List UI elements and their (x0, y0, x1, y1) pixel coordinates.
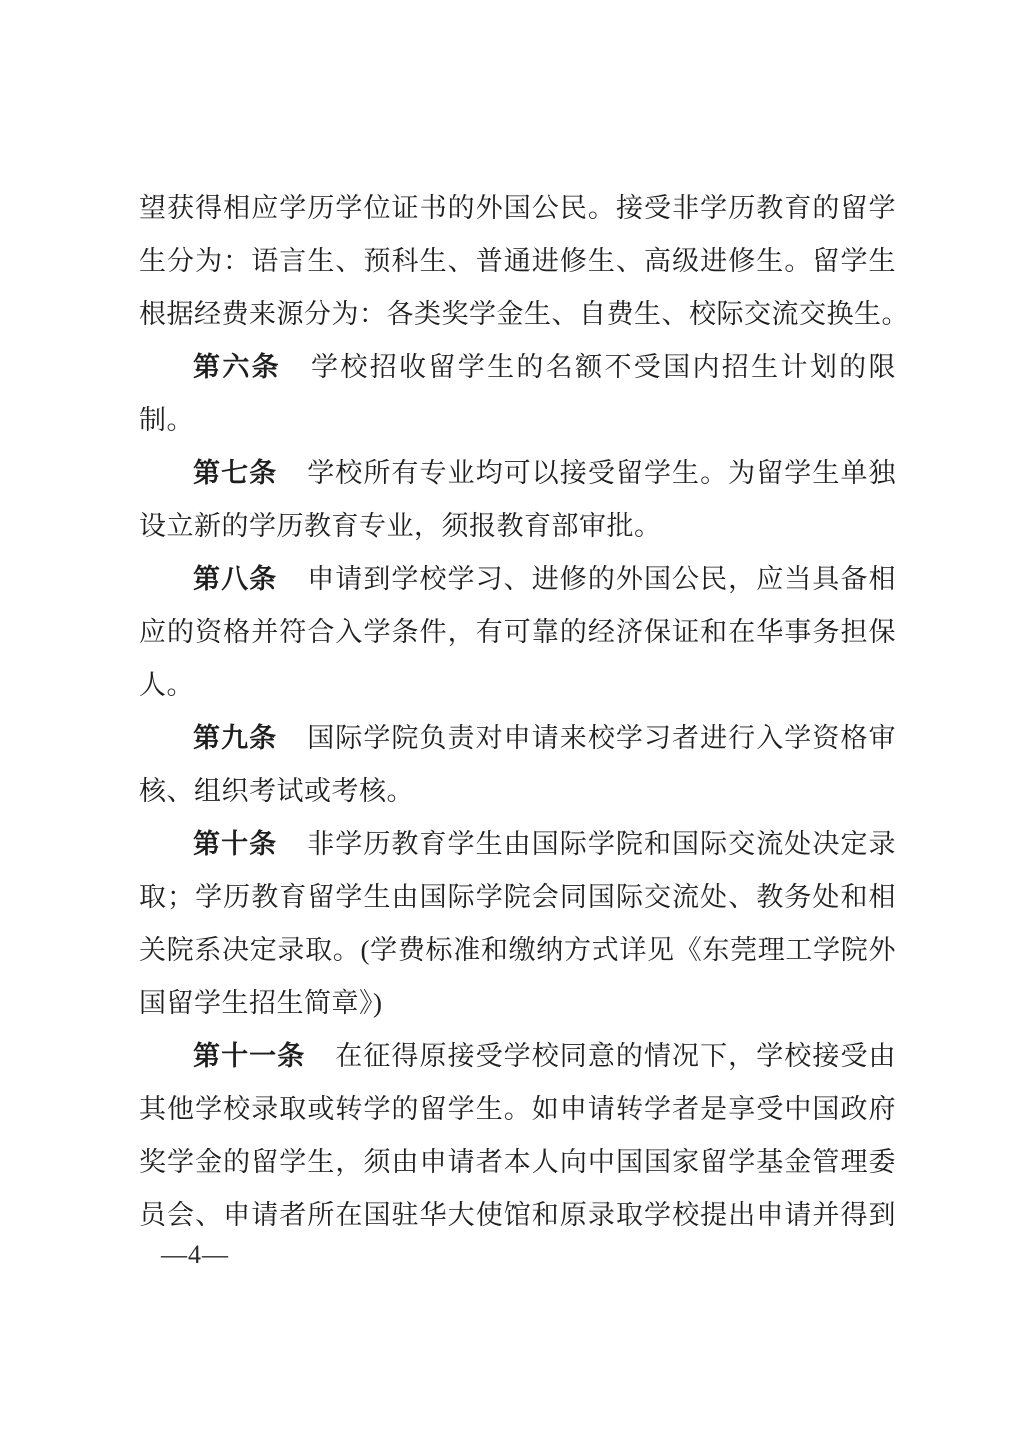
page-number: —4— (161, 1238, 229, 1272)
text-line: 望获得相应学历学位证书的外国公民。接受非学历教育的留学 (139, 182, 896, 235)
article-text: 申请到学校学习、进修的外国公民，应当具备相 (307, 564, 896, 594)
paragraph-3: 第七条学校所有专业均可以接受留学生。为留学生单独设立新的学历教育专业，须报教育部… (139, 447, 896, 553)
paragraph-6: 第十条非学历教育学生由国际学院和国际交流处决定录取；学历教育留学生由国际学院会同… (139, 818, 896, 1030)
text-line: 应的资格并符合入学条件，有可靠的经济保证和在华事务担保 (139, 606, 896, 659)
text-line: 核、组织考试或考核。 (139, 765, 896, 818)
text-line: 国留学生招生简章》) (139, 977, 896, 1030)
paragraph-1: 望获得相应学历学位证书的外国公民。接受非学历教育的留学生分为：语言生、预科生、普… (139, 182, 896, 341)
text-line: 制。 (139, 394, 896, 447)
text-line: 奖学金的留学生，须由申请者本人向中国国家留学基金管理委 (139, 1136, 896, 1189)
text-line: 生分为：语言生、预科生、普通进修生、高级进修生。留学生 (139, 235, 896, 288)
text-line: 员会、申请者所在国驻华大使馆和原录取学校提出申请并得到 (139, 1189, 896, 1242)
article-number-label: 第八条 (193, 564, 277, 594)
article-number-label: 第七条 (193, 458, 277, 488)
text-block: 望获得相应学历学位证书的外国公民。接受非学历教育的留学生分为：语言生、预科生、普… (139, 182, 896, 1242)
text-line: 第九条国际学院负责对申请来校学习者进行入学资格审 (139, 712, 896, 765)
text-line: 第七条学校所有专业均可以接受留学生。为留学生单独 (139, 447, 896, 500)
paragraph-2: 第六条学校招收留学生的名额不受国内招生计划的限制。 (139, 341, 896, 447)
article-text: 学校招收留学生的名额不受国内招生计划的限 (311, 352, 896, 382)
text-line: 关院系决定录取。(学费标准和缴纳方式详见《东莞理工学院外 (139, 924, 896, 977)
text-line: 第十一条在征得原接受学校同意的情况下，学校接受由 (139, 1030, 896, 1083)
document-page: 望获得相应学历学位证书的外国公民。接受非学历教育的留学生分为：语言生、预科生、普… (0, 0, 1024, 1448)
paragraph-4: 第八条申请到学校学习、进修的外国公民，应当具备相应的资格并符合入学条件，有可靠的… (139, 553, 896, 712)
article-text: 在征得原接受学校同意的情况下，学校接受由 (335, 1041, 896, 1071)
text-line: 第十条非学历教育学生由国际学院和国际交流处决定录 (139, 818, 896, 871)
article-number-label: 第十条 (193, 829, 277, 859)
article-number-label: 第十一条 (193, 1041, 305, 1071)
text-line: 第六条学校招收留学生的名额不受国内招生计划的限 (139, 341, 896, 394)
article-text: 国际学院负责对申请来校学习者进行入学资格审 (307, 723, 896, 753)
text-line: 根据经费来源分为：各类奖学金生、自费生、校际交流交换生。 (139, 288, 896, 341)
paragraph-7: 第十一条在征得原接受学校同意的情况下，学校接受由其他学校录取或转学的留学生。如申… (139, 1030, 896, 1242)
text-line: 人。 (139, 659, 896, 712)
paragraph-5: 第九条国际学院负责对申请来校学习者进行入学资格审核、组织考试或考核。 (139, 712, 896, 818)
article-text: 学校所有专业均可以接受留学生。为留学生单独 (307, 458, 896, 488)
article-number-label: 第九条 (193, 723, 277, 753)
text-line: 第八条申请到学校学习、进修的外国公民，应当具备相 (139, 553, 896, 606)
article-text: 非学历教育学生由国际学院和国际交流处决定录 (307, 829, 896, 859)
text-line: 其他学校录取或转学的留学生。如申请转学者是享受中国政府 (139, 1083, 896, 1136)
text-line: 取；学历教育留学生由国际学院会同国际交流处、教务处和相 (139, 871, 896, 924)
text-line: 设立新的学历教育专业，须报教育部审批。 (139, 500, 896, 553)
article-number-label: 第六条 (193, 352, 281, 382)
